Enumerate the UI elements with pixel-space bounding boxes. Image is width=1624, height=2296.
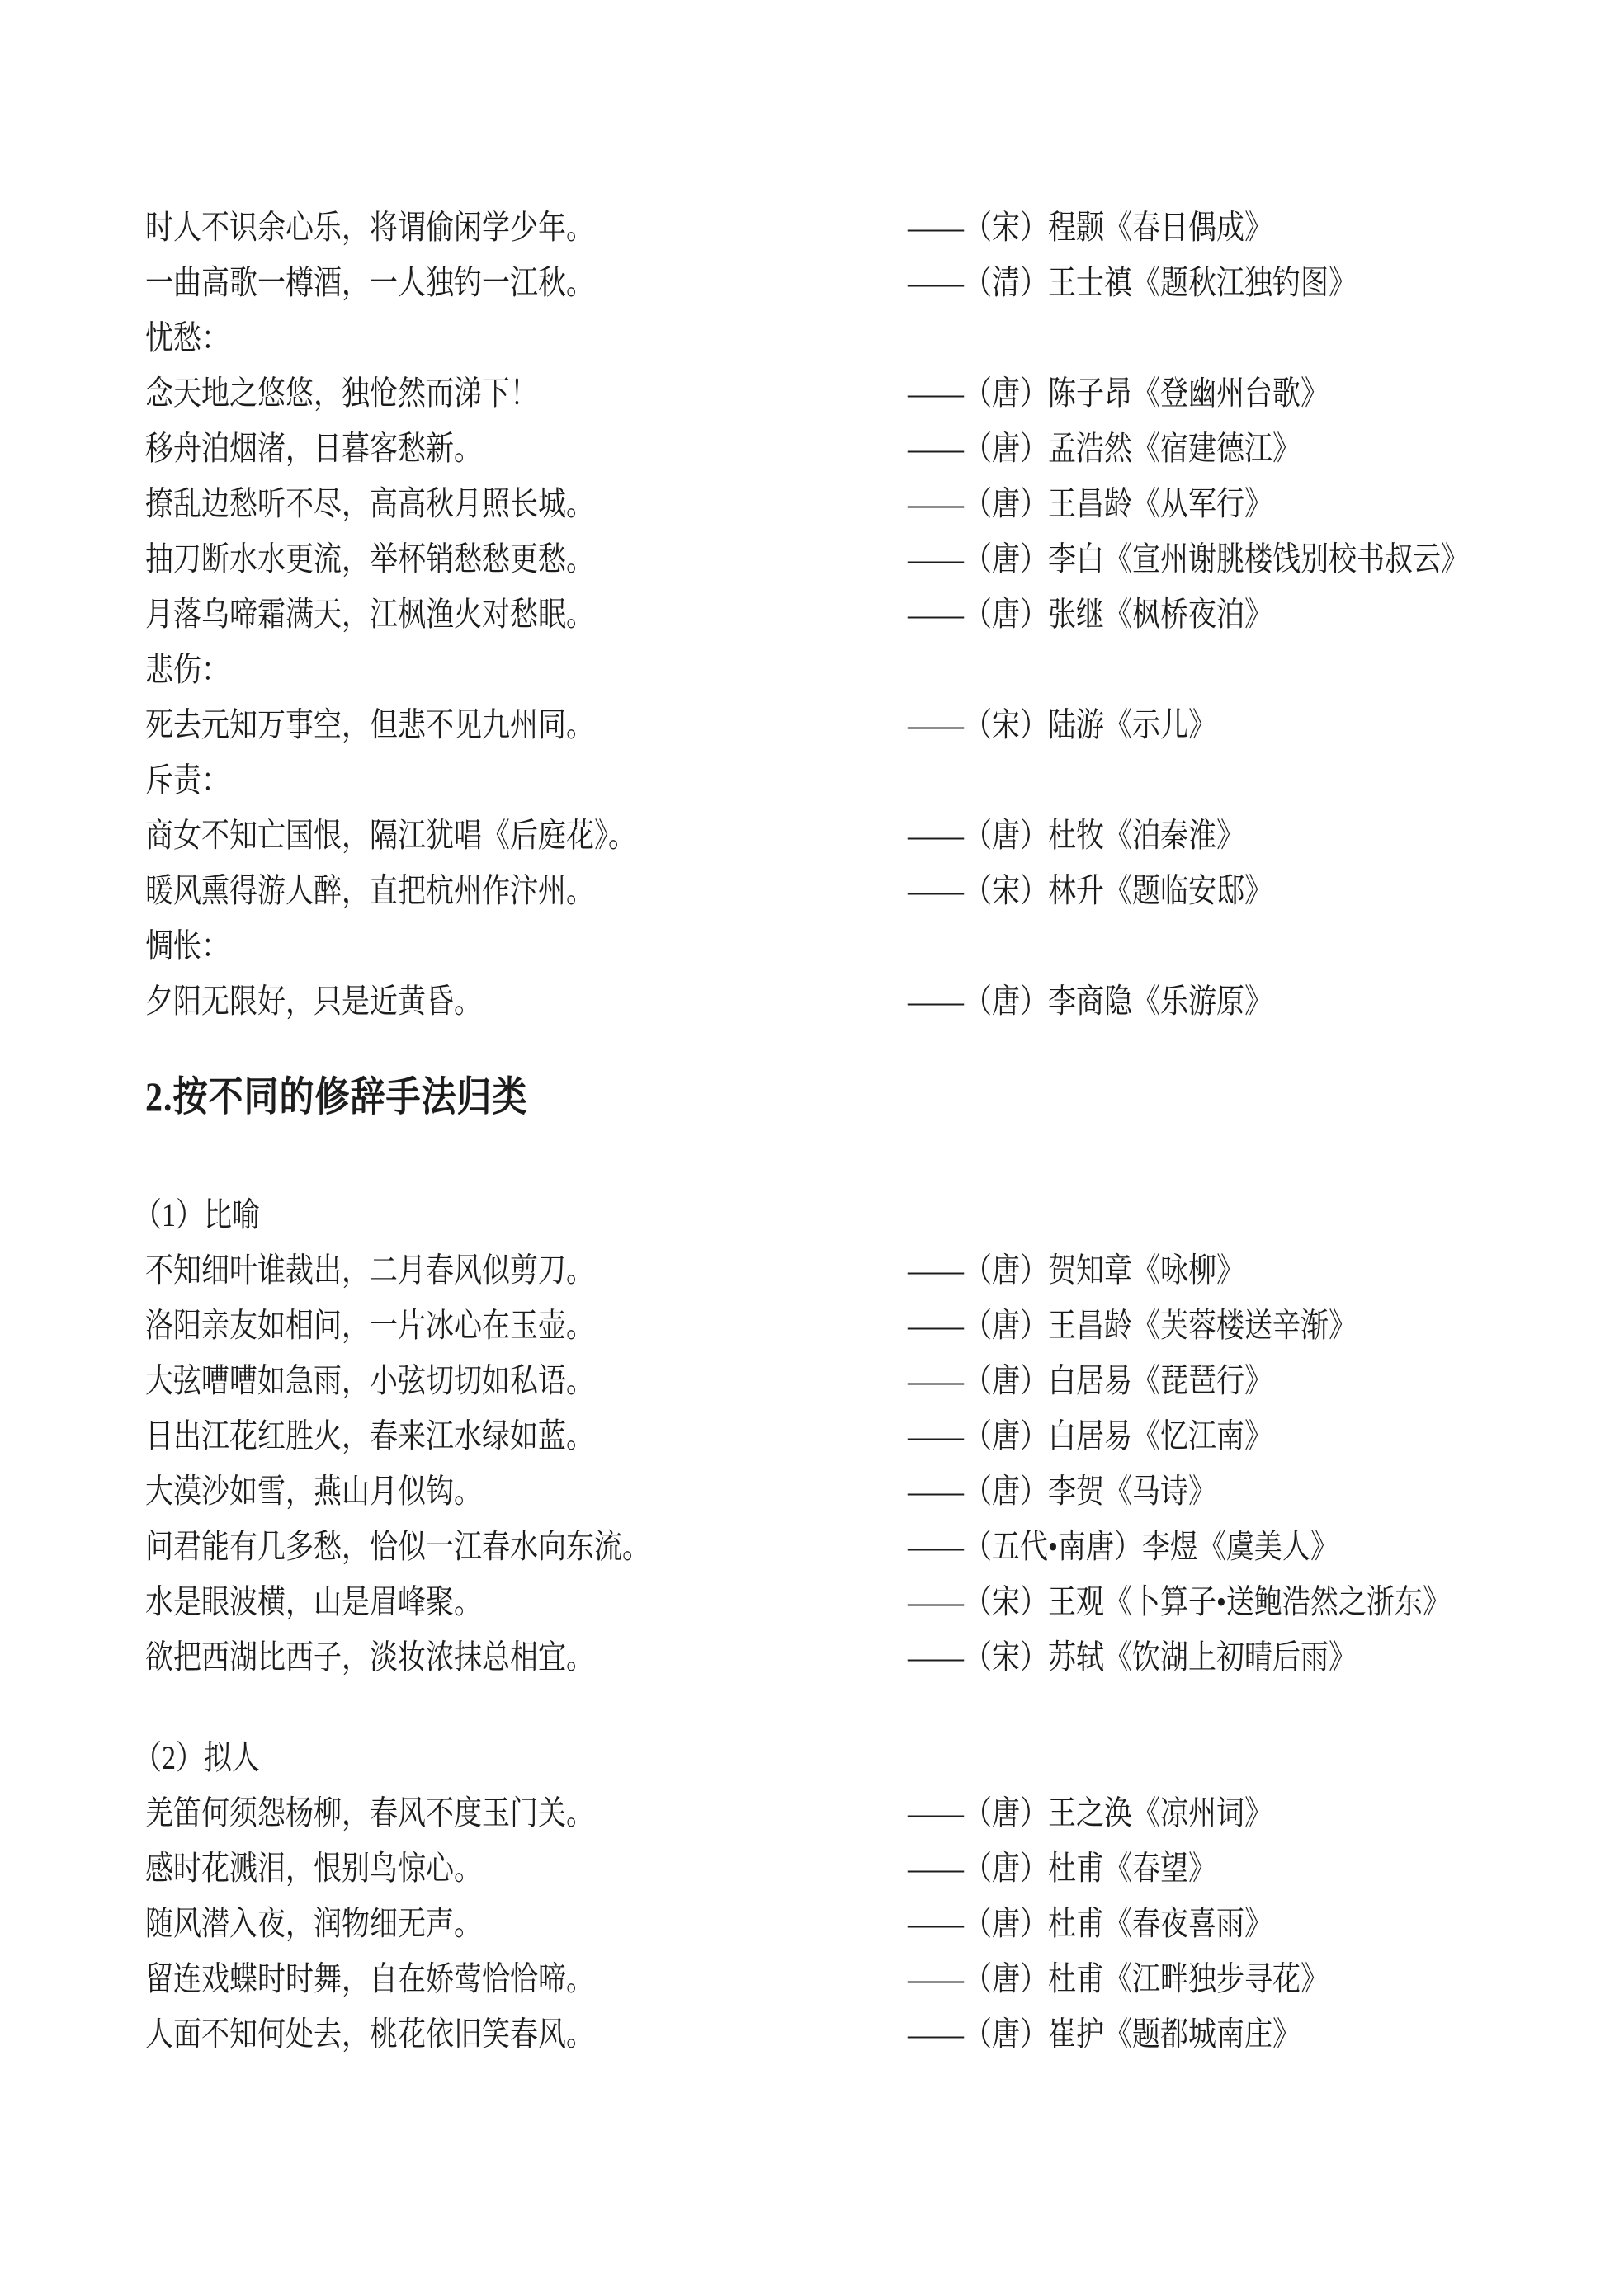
- attribution-text: ——（宋）苏轼《饮湖上初晴后雨》: [908, 1625, 1357, 1690]
- attribution-text: ——（唐）崔护《题都城南庄》: [908, 2002, 1301, 2067]
- quote-row: 人面不知何处去，桃花依旧笑春风。——（唐）崔护《题都城南庄》: [145, 2002, 1583, 2067]
- poem-text: 人面不知何处去，桃花依旧笑春风。: [145, 2002, 908, 2067]
- section-heading-row: 2.按不同的修辞手法归类: [145, 1066, 1583, 1131]
- quote-row: 夕阳无限好，只是近黄昏。——（唐）李商隐《乐游原》: [145, 969, 1583, 1035]
- heading-text: 2.按不同的修辞手法归类: [145, 1066, 528, 1131]
- document-page: 时人不识余心乐，将谓偷闲学少年。——（宋）程颢《春日偶成》一曲高歌一樽酒，一人独…: [0, 0, 1624, 2296]
- poem-text: 欲把西湖比西子，淡妆浓抹总相宜。: [145, 1625, 908, 1690]
- quote-row: 欲把西湖比西子，淡妆浓抹总相宜。——（宋）苏轼《饮湖上初晴后雨》: [145, 1625, 1583, 1690]
- poem-text: 夕阳无限好，只是近黄昏。: [145, 969, 908, 1035]
- poetry-list: 时人不识余心乐，将谓偷闲学少年。——（宋）程颢《春日偶成》一曲高歌一樽酒，一人独…: [145, 200, 1583, 2063]
- attribution-text: ——（唐）李商隐《乐游原》: [908, 969, 1272, 1035]
